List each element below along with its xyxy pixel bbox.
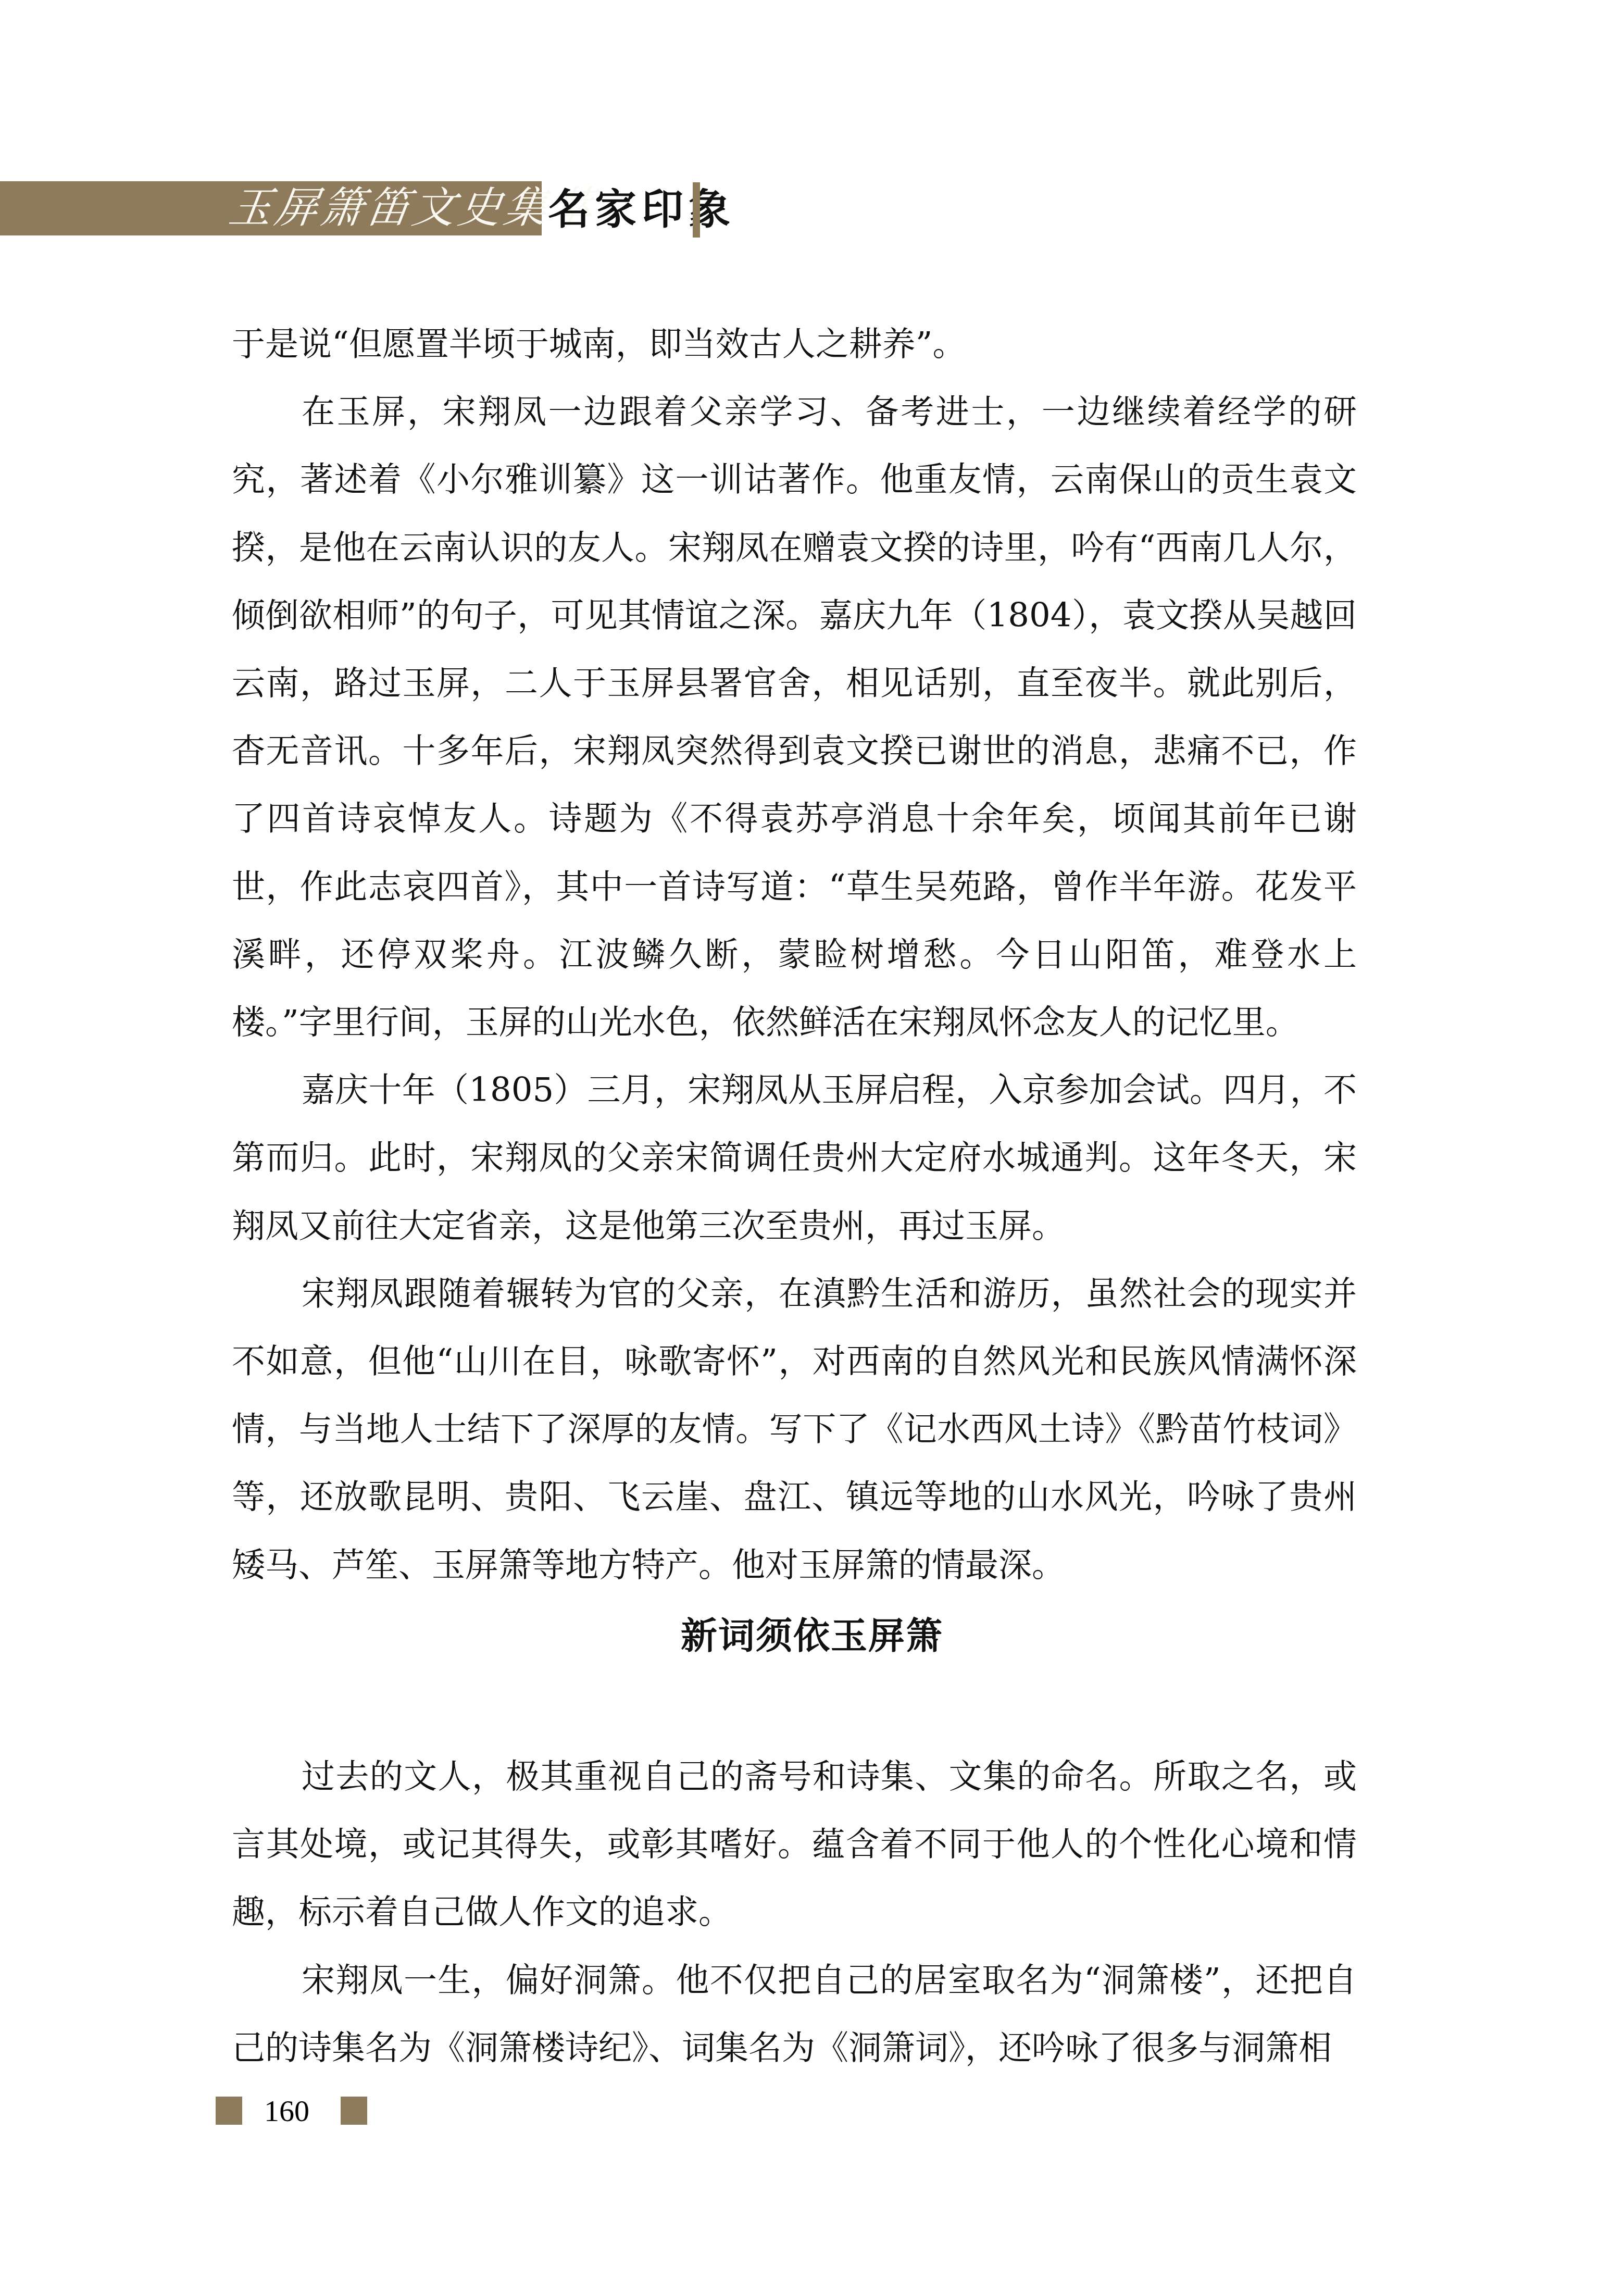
paragraph: 过去的文人，极其重视自己的斋号和诗集、文集的命名。所取之名，或言其处境，或记其得… bbox=[232, 1743, 1357, 1947]
footer-square-left bbox=[216, 2097, 242, 2125]
page-number: 160 bbox=[264, 2093, 309, 2128]
series-title: 玉屏箫笛文史集萃 bbox=[226, 181, 600, 235]
body-text: 于是说“但愿置半顷于城南，即当效古人之耕养”。 在玉屏，宋翔凤一边跟着父亲学习、… bbox=[232, 310, 1357, 1599]
section-label: 名家印象 bbox=[548, 183, 735, 234]
paragraph: 宋翔凤一生，偏好洞箫。他不仅把自己的居室取名为“洞箫楼”，还把自己的诗集名为《洞… bbox=[232, 1947, 1357, 2082]
paragraph: 在玉屏，宋翔凤一边跟着父亲学习、备考进士，一边继续着经学的研究，著述着《小尔雅训… bbox=[232, 378, 1357, 1056]
paragraph: 嘉庆十年（1805）三月，宋翔凤从玉屏启程，入京参加会试。四月，不第而归。此时，… bbox=[232, 1056, 1357, 1260]
page-footer: 160 bbox=[216, 2098, 367, 2124]
header-accent-bar bbox=[693, 182, 700, 238]
section-body-text: 过去的文人，极其重视自己的斋号和诗集、文集的命名。所取之名，或言其处境，或记其得… bbox=[232, 1743, 1357, 2082]
paragraph: 于是说“但愿置半顷于城南，即当效古人之耕养”。 bbox=[232, 310, 1357, 378]
paragraph: 宋翔凤跟随着辗转为官的父亲，在滇黔生活和游历，虽然社会的现实并不如意，但他“山川… bbox=[232, 1260, 1357, 1599]
section-heading: 新词须依玉屏箫 bbox=[0, 1607, 1624, 1660]
footer-square-right bbox=[341, 2097, 367, 2125]
